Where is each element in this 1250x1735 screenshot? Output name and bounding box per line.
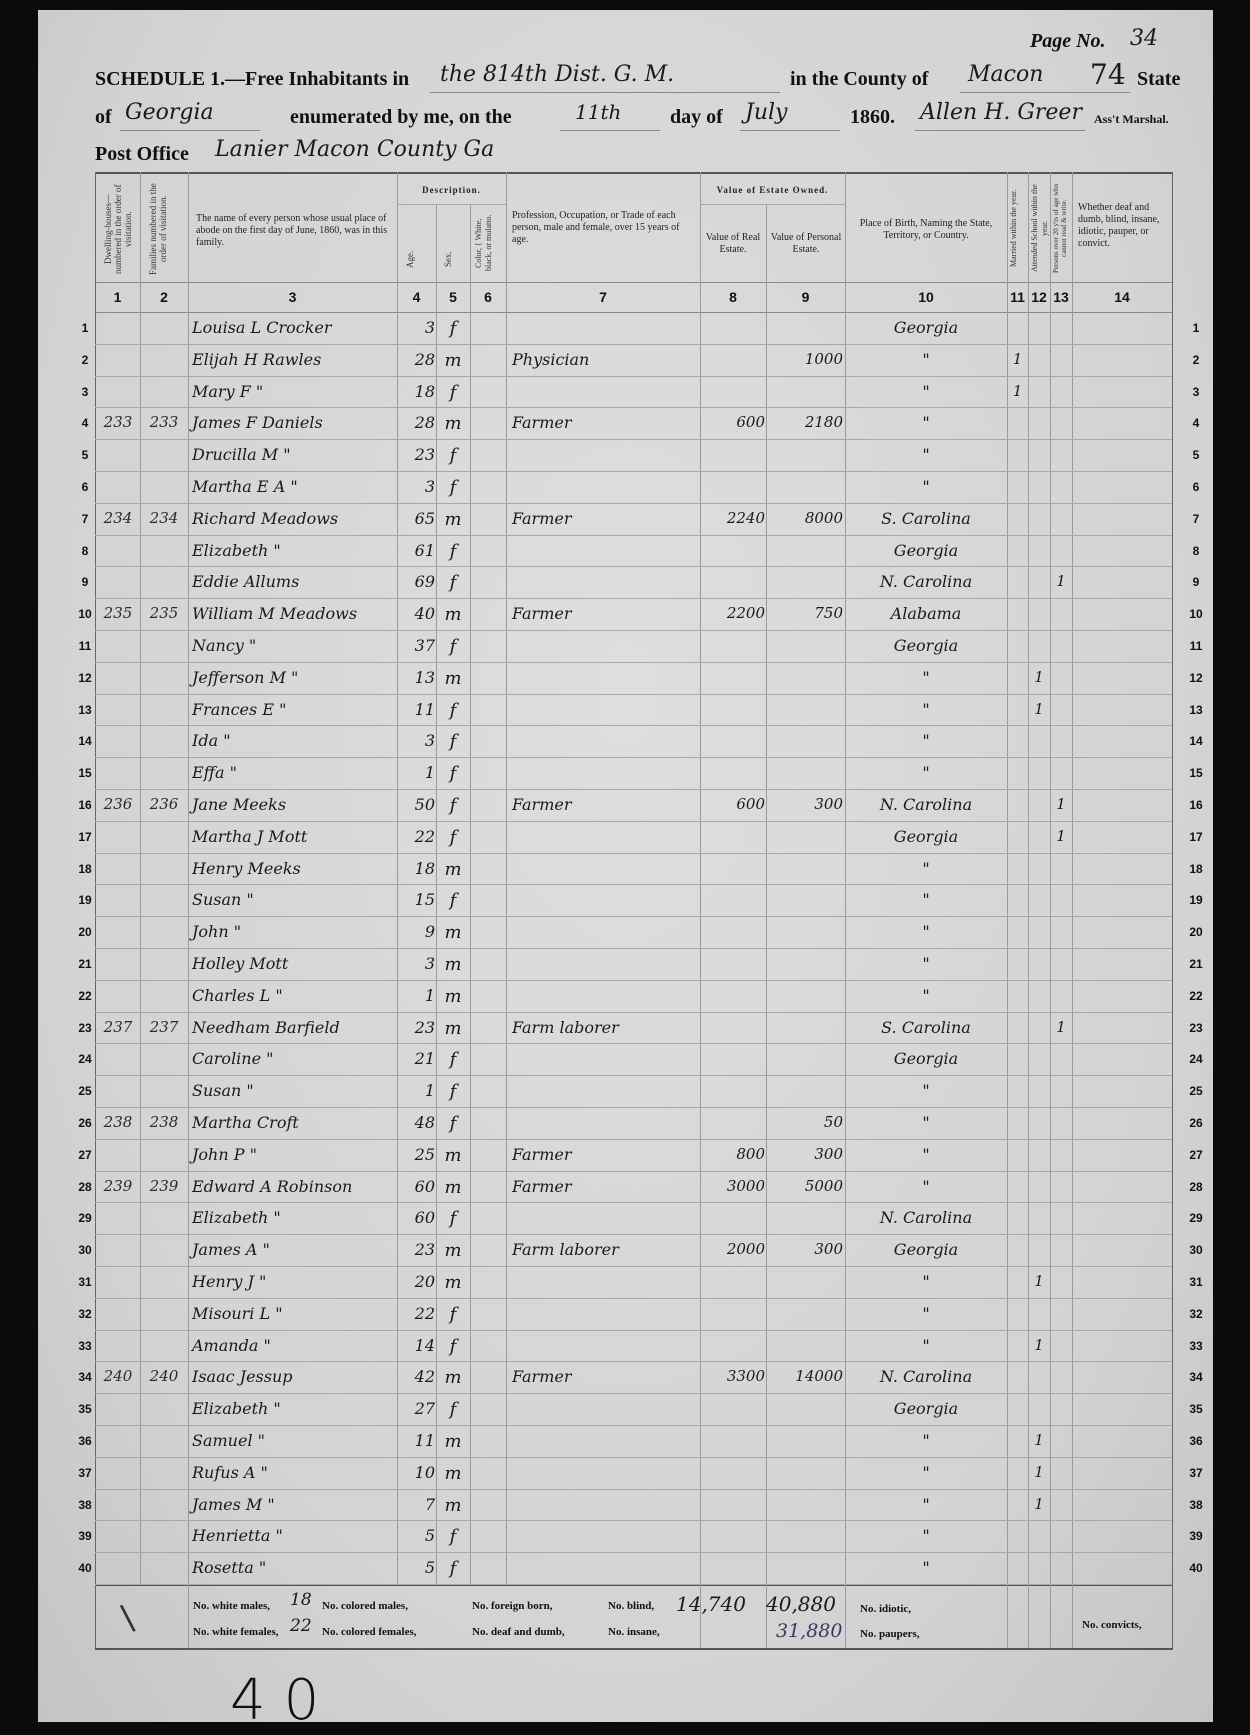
row-number-left: 19 [72,893,98,907]
cell-birth: " [846,700,1006,719]
cell-age: 1 [398,1081,435,1100]
row-number-left: 35 [72,1402,98,1416]
row-divider [95,1330,1172,1331]
cell-personal: 300 [767,1145,843,1163]
row-divider [95,853,1172,854]
cell-birth: " [846,1081,1006,1100]
col3-header: The name of every person whose usual pla… [196,213,391,249]
cell-real: 3300 [701,1367,765,1385]
row-divider [95,1425,1172,1426]
cell-name: Drucilla M " [192,445,396,464]
cell-age: 21 [398,1049,435,1068]
cell-school: 1 [1028,1431,1050,1449]
row-number-right: 40 [1183,1561,1209,1575]
cell-age: 50 [398,795,435,814]
row-number-left: 28 [72,1180,98,1194]
row-number-left: 26 [72,1116,98,1130]
cell-sex: f [437,1304,469,1325]
cell-family: 234 [141,509,187,527]
cell-birth: " [846,859,1006,878]
cell-sex: m [437,859,469,880]
cell-real: 3000 [701,1177,765,1195]
cell-name: Caroline " [192,1049,396,1068]
row-divider [95,821,1172,822]
row-divider [95,1171,1172,1172]
row-number-right: 14 [1183,734,1209,748]
colnum-bottom-border [95,312,1173,313]
colnum: 10 [845,289,1007,305]
cell-dwelling: 237 [97,1018,139,1036]
description-header: Description. [397,184,506,196]
schedule-title: SCHEDULE 1.—Free Inhabitants in [95,68,409,91]
cell-age: 27 [398,1399,435,1418]
cell-name: Frances E " [192,700,396,719]
colnum: 13 [1050,289,1072,305]
colnum: 2 [140,289,188,305]
table-bottom-border [95,1648,1173,1650]
insane-label: No. insane, [608,1626,660,1638]
county-underline [960,92,1130,93]
cell-age: 42 [398,1367,435,1386]
cell-sex: f [437,1399,469,1420]
row-number-right: 28 [1183,1180,1209,1194]
cell-name: Needham Barfield [192,1018,396,1037]
cell-name: Rufus A " [192,1463,396,1482]
row-number-right: 23 [1183,1021,1209,1035]
district-underline [430,92,780,93]
row-number-left: 33 [72,1339,98,1353]
cell-age: 10 [398,1463,435,1482]
cell-sex: m [437,1272,469,1293]
cell-name: Jane Meeks [192,795,396,814]
cell-birth: " [846,731,1006,750]
cell-real: 2200 [701,604,765,622]
colnum: 5 [436,289,470,305]
foreign-born-label: No. foreign born, [472,1600,552,1612]
cell-age: 5 [398,1558,435,1577]
row-number-right: 3 [1183,385,1209,399]
cell-age: 1 [398,986,435,1005]
row-number-right: 5 [1183,448,1209,462]
cell-personal: 2180 [767,413,843,431]
row-divider [95,1489,1172,1490]
cell-occupation: Farmer [512,413,698,432]
cell-sex: f [437,445,469,466]
cell-family: 236 [141,795,187,813]
colnum: 14 [1072,289,1172,305]
cell-name: James F Daniels [192,413,396,432]
cell-birth: " [846,350,1006,369]
cell-personal: 50 [767,1113,843,1131]
row-number-left: 32 [72,1307,98,1321]
state-label: State [1137,68,1180,91]
cell-age: 20 [398,1272,435,1291]
cell-occupation: Farmer [512,604,698,623]
cell-age: 23 [398,445,435,464]
month-value: July [745,100,787,125]
row-number-left: 7 [72,512,98,526]
row-number-left: 4 [72,416,98,430]
convicts-label: No. convicts, [1082,1619,1142,1631]
cell-sex: m [437,1463,469,1484]
cell-age: 1 [398,763,435,782]
cell-age: 69 [398,572,435,591]
cell-sex: f [437,1113,469,1134]
cell-personal: 1000 [767,350,843,368]
row-number-left: 37 [72,1466,98,1480]
cell-personal: 750 [767,604,843,622]
cell-birth: " [846,413,1006,432]
cell-sex: m [437,922,469,943]
row-number-right: 15 [1183,766,1209,780]
cell-sex: f [437,318,469,339]
cell-name: Samuel " [192,1431,396,1450]
row-divider [95,344,1172,345]
row-number-right: 12 [1183,671,1209,685]
blind-label: No. blind, [608,1600,654,1612]
colnum: 12 [1028,289,1050,305]
col-border [470,204,471,1584]
cell-name: Richard Meadows [192,509,396,528]
cell-name: Holley Mott [192,954,396,973]
cell-sex: m [437,1367,469,1388]
cell-sex: f [437,1208,469,1229]
row-number-right: 4 [1183,416,1209,430]
cell-name: Henry J " [192,1272,396,1291]
cell-name: Effa " [192,763,396,782]
row-divider [95,566,1172,567]
row-number-right: 24 [1183,1052,1209,1066]
cell-name: John " [192,922,396,941]
col2-header: Families numbered in the order of visita… [148,180,182,278]
cell-family: 239 [141,1177,187,1195]
marshal-label: Ass't Marshal. [1094,112,1169,127]
row-number-left: 15 [72,766,98,780]
cell-birth: N. Carolina [846,1367,1006,1386]
cell-personal: 300 [767,795,843,813]
page-number: 34 [1130,26,1158,51]
cell-age: 22 [398,1304,435,1323]
cell-sex: f [437,541,469,562]
cell-occupation: Farmer [512,795,698,814]
cell-sex: f [437,636,469,657]
cell-sex: m [437,1431,469,1452]
row-number-left: 39 [72,1529,98,1543]
col8-header: Value of Real Estate. [703,232,763,256]
col7-header: Profession, Occupation, or Trade of each… [512,210,698,246]
cell-dwelling: 239 [97,1177,139,1195]
cell-sex: f [437,700,469,721]
row-divider [95,535,1172,536]
row-number-right: 33 [1183,1339,1209,1353]
cell-age: 3 [398,318,435,337]
row-number-left: 11 [72,639,98,653]
col12-header: Attended School within the year. [1030,178,1048,278]
col6-header: Color, { White, black, or mulatto. [474,208,502,278]
cell-birth: " [846,477,1006,496]
cell-sex: m [437,1018,469,1039]
row-number-right: 17 [1183,830,1209,844]
cell-school: 1 [1028,668,1050,686]
cell-birth: S. Carolina [846,509,1006,528]
row-number-right: 13 [1183,703,1209,717]
cell-name: Henry Meeks [192,859,396,878]
col1-header: Dwelling-houses—numbered in the order of… [103,180,133,278]
cell-family: 233 [141,413,187,431]
row-number-left: 3 [72,385,98,399]
cell-birth: " [846,1272,1006,1291]
row-number-right: 26 [1183,1116,1209,1130]
cell-birth: Georgia [846,541,1006,560]
cell-family: 238 [141,1113,187,1131]
row-divider [95,1520,1172,1521]
page-number-label: Page No. [1030,30,1106,53]
cell-name: Louisa L Crocker [192,318,396,337]
cell-sex: m [437,1177,469,1198]
cell-occupation: Farm laborer [512,1240,698,1259]
row-number-right: 34 [1183,1370,1209,1384]
cell-illiterate: 1 [1050,827,1072,845]
row-number-left: 29 [72,1211,98,1225]
cell-age: 13 [398,668,435,687]
cell-age: 65 [398,509,435,528]
row-number-right: 27 [1183,1148,1209,1162]
cell-birth: " [846,1431,1006,1450]
deaf-dumb-label: No. deaf and dumb, [472,1626,565,1638]
cell-sex: f [437,795,469,816]
cell-school: 1 [1028,1463,1050,1481]
page-total: 40 [230,1668,337,1733]
cell-name: Elizabeth " [192,1399,396,1418]
row-number-right: 11 [1183,639,1209,653]
col10-header: Place of Birth, Naming the State, Territ… [850,218,1002,242]
cell-age: 15 [398,890,435,909]
row-number-left: 31 [72,1275,98,1289]
colnum: 4 [397,289,436,305]
row-number-left: 25 [72,1084,98,1098]
post-office-value: Lanier Macon County Ga [215,137,494,162]
cell-name: Charles L " [192,986,396,1005]
county-value: Macon [968,62,1043,87]
cell-birth: N. Carolina [846,572,1006,591]
cell-illiterate: 1 [1050,1018,1072,1036]
cell-age: 18 [398,859,435,878]
description-divider [397,204,506,205]
row-number-left: 22 [72,989,98,1003]
row-divider [95,757,1172,758]
row-number-right: 35 [1183,1402,1209,1416]
cell-sex: m [437,604,469,625]
cell-birth: " [846,382,1006,401]
cell-sex: m [437,413,469,434]
col-border [1072,172,1073,1648]
row-divider [95,1361,1172,1362]
row-number-left: 34 [72,1370,98,1384]
cell-name: John P " [192,1145,396,1164]
cell-birth: " [846,1463,1006,1482]
state-value: Georgia [125,100,214,125]
row-number-right: 37 [1183,1466,1209,1480]
cell-name: Susan " [192,890,396,909]
row-divider [95,1298,1172,1299]
cell-sex: f [437,827,469,848]
cell-dwelling: 238 [97,1113,139,1131]
cell-sex: f [437,731,469,752]
row-divider [95,503,1172,504]
cell-name: Martha J Mott [192,827,396,846]
row-divider [95,1043,1172,1044]
row-number-right: 31 [1183,1275,1209,1289]
cell-birth: " [846,1558,1006,1577]
cell-married: 1 [1007,350,1028,368]
county-note: 74 [1090,58,1126,91]
cell-age: 3 [398,731,435,750]
cell-birth: " [846,1336,1006,1355]
cell-age: 18 [398,382,435,401]
row-number-left: 27 [72,1148,98,1162]
real-estate-total: 14,740 [676,1592,746,1616]
row-number-left: 40 [72,1561,98,1575]
row-divider [95,1234,1172,1235]
cell-sex: f [437,572,469,593]
personal-estate-total-2: 31,880 [776,1620,842,1642]
cell-age: 7 [398,1495,435,1514]
colnum: 3 [188,289,397,305]
cell-occupation: Physician [512,350,698,369]
table-top-border [95,172,1173,174]
cell-sex: f [437,477,469,498]
row-divider [95,1457,1172,1458]
cell-birth: Georgia [846,1240,1006,1259]
cell-sex: f [437,1558,469,1579]
row-number-right: 7 [1183,512,1209,526]
cell-age: 28 [398,413,435,432]
cell-birth: " [846,986,1006,1005]
cell-name: James M " [192,1495,396,1514]
cell-illiterate: 1 [1050,795,1072,813]
cell-personal: 5000 [767,1177,843,1195]
colnum: 6 [470,289,506,305]
row-number-left: 2 [72,353,98,367]
cell-birth: " [846,668,1006,687]
row-number-left: 8 [72,544,98,558]
cell-sex: m [437,986,469,1007]
row-number-right: 30 [1183,1243,1209,1257]
cell-sex: m [437,1145,469,1166]
cell-name: Misouri L " [192,1304,396,1323]
cell-dwelling: 240 [97,1367,139,1385]
cell-school: 1 [1028,700,1050,718]
cell-name: Susan " [192,1081,396,1100]
row-number-right: 6 [1183,480,1209,494]
of-label: of [95,106,112,129]
row-number-right: 9 [1183,575,1209,589]
row-number-right: 1 [1183,321,1209,335]
cell-birth: Georgia [846,1049,1006,1068]
cell-sex: f [437,1049,469,1070]
post-office-label: Post Office [95,143,189,166]
row-divider [95,694,1172,695]
county-label: in the County of [790,68,928,91]
cell-sex: f [437,382,469,403]
cell-real: 600 [701,795,765,813]
cell-birth: " [846,1113,1006,1132]
cell-personal: 8000 [767,509,843,527]
cell-sex: m [437,509,469,530]
cell-name: Nancy " [192,636,396,655]
cell-sex: m [437,668,469,689]
row-number-left: 16 [72,798,98,812]
row-divider [95,471,1172,472]
row-divider [95,1584,1172,1585]
row-divider [95,1393,1172,1394]
cell-family: 235 [141,604,187,622]
colored-males-label: No. colored males, [322,1600,408,1612]
cell-age: 60 [398,1177,435,1196]
cell-birth: " [846,1145,1006,1164]
cell-age: 14 [398,1336,435,1355]
row-number-right: 10 [1183,607,1209,621]
colnum: 9 [766,289,845,305]
colnum: 8 [700,289,766,305]
row-number-right: 21 [1183,957,1209,971]
cell-name: James A " [192,1240,396,1259]
col5-header: Sex. [443,240,463,278]
col-border [1028,172,1029,1648]
row-number-left: 14 [72,734,98,748]
row-number-left: 23 [72,1021,98,1035]
cell-birth: N. Carolina [846,795,1006,814]
row-number-left: 12 [72,671,98,685]
cell-birth: " [846,445,1006,464]
row-number-right: 36 [1183,1434,1209,1448]
cell-name: Rosetta " [192,1558,396,1577]
cell-dwelling: 235 [97,604,139,622]
cell-sex: m [437,954,469,975]
row-number-left: 24 [72,1052,98,1066]
row-divider [95,884,1172,885]
row-number-left: 30 [72,1243,98,1257]
cell-age: 3 [398,954,435,973]
district-value: the 814th Dist. G. M. [440,62,674,87]
cell-name: Jefferson M " [192,668,396,687]
row-divider [95,630,1172,631]
white-females-label: No. white females, [193,1626,279,1638]
row-number-left: 36 [72,1434,98,1448]
colnum: 7 [506,289,700,305]
row-number-right: 20 [1183,925,1209,939]
cell-real: 600 [701,413,765,431]
state-underline [120,130,260,131]
white-females-value: 22 [290,1616,312,1636]
day-value: 11th [575,100,621,124]
cell-birth: " [846,1495,1006,1514]
cell-name: Isaac Jessup [192,1367,396,1386]
col4-header: Age. [405,240,425,278]
cell-family: 237 [141,1018,187,1036]
row-number-left: 10 [72,607,98,621]
month-underline [740,130,840,131]
colnum: 11 [1007,289,1028,305]
row-number-right: 39 [1183,1529,1209,1543]
day-of-label: day of [670,106,723,129]
cell-name: Elizabeth " [192,541,396,560]
cell-dwelling: 236 [97,795,139,813]
idiotic-label: No. idiotic, [860,1603,911,1615]
col14-header: Whether deaf and dumb, blind, insane, id… [1078,202,1170,250]
colnum: 1 [95,289,140,305]
cell-birth: Georgia [846,636,1006,655]
